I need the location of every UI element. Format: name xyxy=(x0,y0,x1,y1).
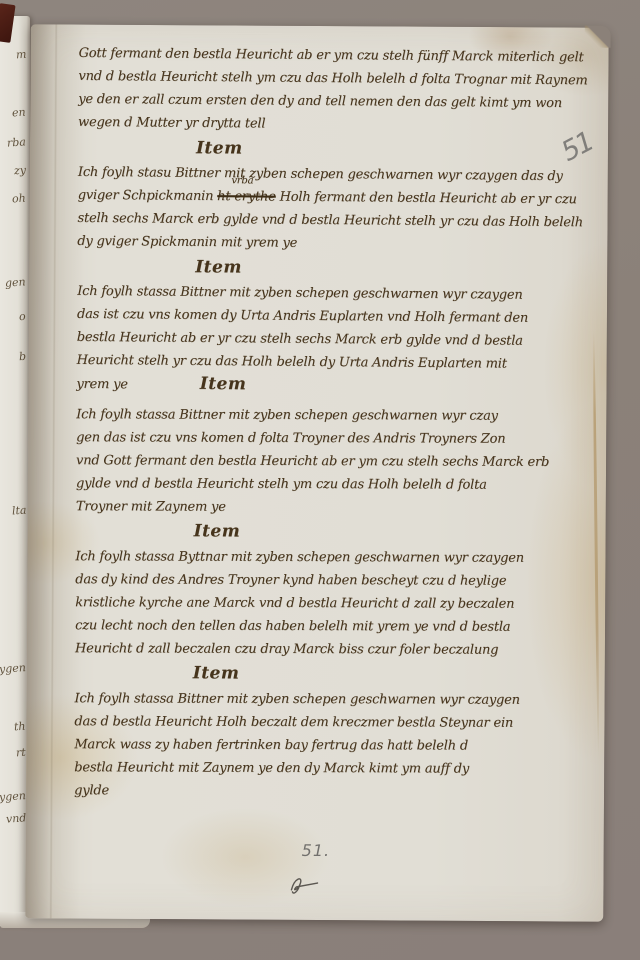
edge-fragment: en xyxy=(12,106,26,120)
edge-fragment: rba xyxy=(7,135,27,149)
manuscript-line: wegen d Mutter yr drytta tell xyxy=(78,111,598,139)
manuscript-line: bestla Heuricht mit Zaynem ye den dy Mar… xyxy=(74,756,594,781)
manuscript-line: gen das ist czu vns komen d folta Troyne… xyxy=(76,426,596,451)
manuscript-line: Ich foylh stassa Bittner mit zyben schep… xyxy=(74,687,594,712)
manuscript-line: Heuricht stelh yr czu das Holh belelh dy… xyxy=(77,349,597,377)
manuscript-line: yrem ye Item xyxy=(76,372,596,401)
edge-fragment: vnd xyxy=(5,811,26,825)
facing-page-text-fragments: m en rba zy oh gen o b lta ygen th rt yg… xyxy=(0,0,28,930)
page-number-bottom: 51. xyxy=(302,841,331,860)
item-heading: Item xyxy=(200,373,247,396)
manuscript-line: vnd Gott fermant den bestla Heuricht ab … xyxy=(76,449,596,474)
item-heading: Item xyxy=(193,660,595,689)
manuscript-entry: Ich foylh stassa Bittner mit zyben schep… xyxy=(74,687,594,804)
manuscript-line: Ich foylh stassa Bittner mit zyben schep… xyxy=(76,403,596,428)
edge-fragment: th xyxy=(14,720,26,734)
edge-fragment: oh xyxy=(12,192,27,206)
manuscript-entry: Ich foylh stasu Bittner mit zyben schepe… xyxy=(77,161,598,258)
edge-fragment: lta xyxy=(11,504,26,518)
manuscript-line: kristliche kyrche ane Marck vnd d bestla… xyxy=(75,591,595,616)
line-text: Holh fermant den bestla Heuricht ab er y… xyxy=(276,190,577,208)
edge-fragment: m xyxy=(15,48,26,62)
manuscript-line: das dy kind des Andres Troyner kynd habe… xyxy=(75,568,595,593)
edge-fragment: b xyxy=(19,350,27,363)
manuscript-line: czu lecht noch den tellen das haben bele… xyxy=(75,614,595,639)
edge-fragment: ygen xyxy=(0,661,26,676)
manuscript-entry: Gott fermant den bestla Heuricht ab er y… xyxy=(78,42,599,139)
manuscript-line: gylde xyxy=(74,779,594,804)
item-heading: Item xyxy=(194,518,596,547)
edge-fragment: ygen xyxy=(0,789,26,804)
manuscript-entry: Ich foylh stassa Bittner mit zyben schep… xyxy=(76,280,597,401)
edge-fragment: zy xyxy=(14,164,27,178)
manuscript-line: das d bestla Heuricht Holh beczalt dem k… xyxy=(74,710,594,735)
manuscript-entry: Ich foylh stassa Byttnar mit zyben schep… xyxy=(75,545,595,662)
line-text: gviger Schpickmanin xyxy=(78,188,218,204)
edge-fragment: o xyxy=(19,310,27,323)
struck-word: ht erythe xyxy=(217,189,276,205)
manuscript-line: dy gviger Spickmanin mit yrem ye xyxy=(77,230,597,258)
item-heading: Item xyxy=(196,135,598,164)
manuscript-line: Ich foylh stassa Byttnar mit zyben schep… xyxy=(75,545,595,570)
paraph-flourish-icon xyxy=(287,874,321,900)
manuscript-line: Troyner mit Zaynem ye xyxy=(76,495,596,520)
line-text: yrem ye xyxy=(76,373,128,396)
manuscript-line: gylde vnd d bestla Heuricht stelh ym czu… xyxy=(76,472,596,497)
manuscript-photo: m en rba zy oh gen o b lta ygen th rt yg… xyxy=(0,0,640,960)
interlinear-insertion: vrba xyxy=(231,176,253,186)
manuscript-line: Marck wass zy haben fertrinken bay fertr… xyxy=(74,733,594,758)
manuscript-line: Heuricht d zall beczalen czu dray Marck … xyxy=(75,637,595,662)
edge-fragment: gen xyxy=(5,275,26,289)
manuscript-text-block: Gott fermant den bestla Heuricht ab er y… xyxy=(74,43,599,805)
edge-fragment: rt xyxy=(16,746,27,760)
manuscript-entry: Ich foylh stassa Bittner mit zyben schep… xyxy=(76,403,596,520)
page-corner-fold xyxy=(585,26,611,48)
correction-group: vrbaht erythe xyxy=(217,185,276,209)
manuscript-page: Gott fermant den bestla Heuricht ab er y… xyxy=(25,24,608,922)
item-heading: Item xyxy=(195,254,597,283)
